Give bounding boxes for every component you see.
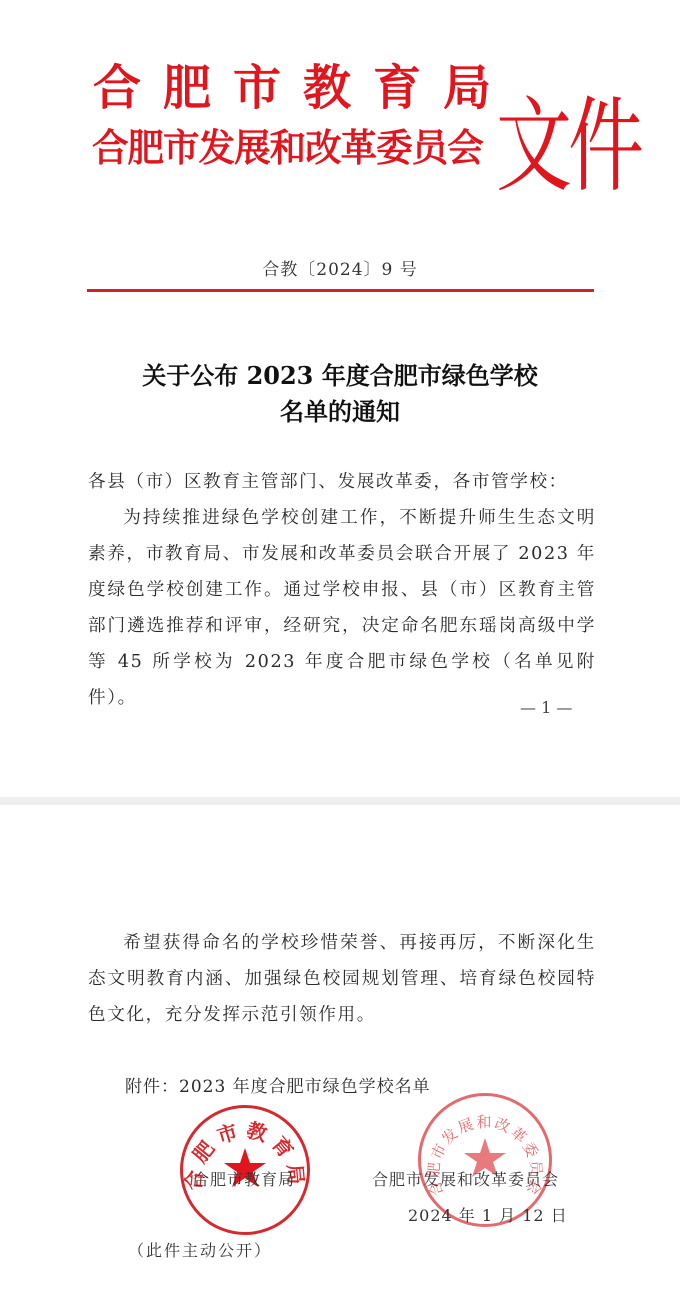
body-paragraph-1: 为持续推进绿色学校创建工作，不断提升师生生态文明素养，市教育局、市发展和改革委员… <box>88 500 596 716</box>
body-paragraph-2: 希望获得命名的学校珍惜荣誉、再接再厉，不断深化生态文明教育内涵、加强绿色校园规划… <box>88 925 596 1033</box>
title-line-1: 关于公布 2023 年度合肥市绿色学校 <box>0 358 680 394</box>
page-separator <box>0 797 680 805</box>
attachment-line: 附件：2023 年度合肥市绿色学校名单 <box>125 1072 431 1097</box>
letterhead-char: 肥 <box>162 58 212 118</box>
letterhead-char: 局 <box>442 58 492 118</box>
letterhead-char: 育 <box>372 58 422 118</box>
letterhead-ndrc: 合肥市发展和改革委员会 <box>92 118 476 178</box>
issuer-ndrc: 合肥市发展和改革委员会 <box>372 1167 559 1190</box>
salutation: 各县（市）区教育主管部门、发展改革委，各市管学校： <box>88 464 596 500</box>
issue-date: 2024 年 1 月 12 日 <box>408 1203 568 1226</box>
letterhead-education-bureau: 合 肥 市 教 育 局 <box>92 58 492 118</box>
title-line-2: 名单的通知 <box>0 394 680 430</box>
disclosure-note: （此件主动公开） <box>128 1238 272 1261</box>
document-page-2 <box>0 805 680 1303</box>
red-divider <box>87 289 594 292</box>
document-number: 合教〔2024〕9 号 <box>0 255 680 280</box>
issuer-education-bureau: 合肥市教育局 <box>193 1167 295 1190</box>
page-number: — 1 — <box>520 698 572 717</box>
letterhead-doc-type: 文件 <box>496 72 640 221</box>
letterhead-char: 合 <box>92 58 142 118</box>
letterhead-char: 教 <box>302 58 352 118</box>
document-title: 关于公布 2023 年度合肥市绿色学校 名单的通知 <box>0 358 680 430</box>
document-page-1: 合 肥 市 教 育 局 合肥市发展和改革委员会 文件 合教〔2024〕9 号 关… <box>0 0 680 797</box>
letterhead-char: 市 <box>232 58 282 118</box>
letterhead-agencies: 合 肥 市 教 育 局 合肥市发展和改革委员会 <box>92 58 492 178</box>
